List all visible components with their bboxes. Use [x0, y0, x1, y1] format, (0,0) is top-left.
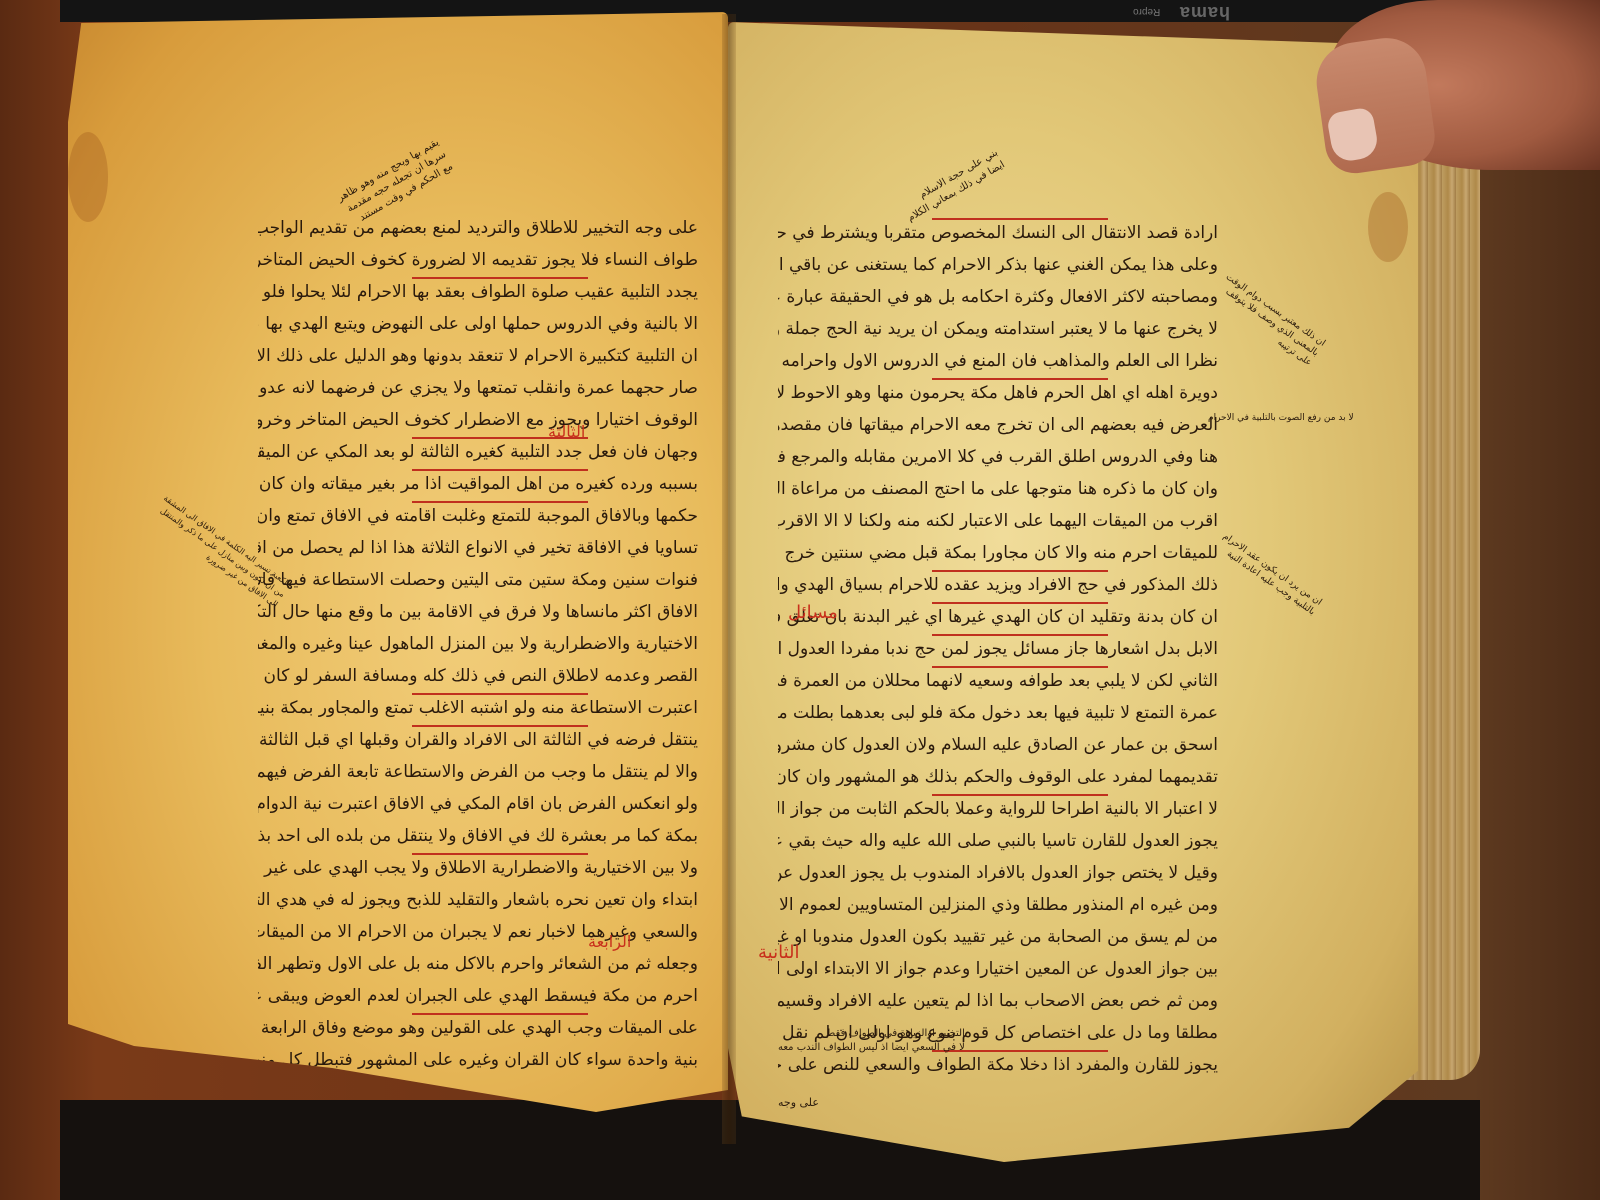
margin-gloss-middle: لا بد من رفع الصوت بالتلبية في الاحرام [1208, 412, 1354, 424]
text-line: ينتقل فرضه في الثالثة الى الافراد والقرا… [258, 724, 698, 756]
text-line: القصر وعدمه لاطلاق النص في ذلك كله ومساف… [258, 660, 698, 692]
text-line: ارادة قصد الانتقال الى النسك المخصوص متق… [778, 217, 1218, 249]
left-text-block: على وجه التخيير للاطلاق والترديد لمنع بع… [258, 212, 698, 1076]
text-line: طواف النساء فلا يجوز تقديمه الا لضرورة ك… [258, 244, 698, 276]
text-line: الوقوف اختيارا ويجوز مع الاضطرار كخوف ال… [258, 404, 698, 436]
margin-gloss-lower: ان من يرد ان يكون عقد الاحرام بالتلبية و… [1212, 530, 1324, 618]
text-line: حكمها وبالافاق الموجبة للتمتع وغلبت اقام… [258, 500, 698, 532]
text-line: الاختيارية والاضطرارية ولا بين المنزل ال… [258, 628, 698, 660]
text-line: اسحق بن عمار عن الصادق عليه السلام ولان … [778, 729, 1218, 761]
rubric-heading: الرابعة [588, 932, 631, 951]
text-line: على وجه التخيير للاطلاق والترديد لمنع بع… [258, 212, 698, 244]
text-line: اعتبرت الاستطاعة منه ولو اشتبه الاغلب تم… [258, 692, 698, 724]
text-line: وجهان فان فعل جدد التلبية كغيره الثالثة … [258, 436, 698, 468]
paper-stain [68, 132, 108, 222]
margin-gloss-upper: ان ذلك معتبر بسبب دوام الوقت بالمعنى الذ… [1209, 271, 1328, 369]
text-line: من لم يسق من الصحابة من غير تقييد بكون ا… [778, 921, 1218, 953]
top-gloss: بني على حجة الاسلام ايضا في ذلك بمعاني ا… [898, 146, 1007, 225]
text-line: صار حجهما عمرة وانقلب تمتعها ولا يجزي عن… [258, 372, 698, 404]
rubric-heading: الثالثة [548, 422, 585, 441]
text-line: ذلك المذكور في حج الافراد ويزيد عقده للا… [778, 569, 1218, 601]
text-line: على الميقات وجب الهدي على القولين وهو مو… [258, 1012, 698, 1044]
text-line: احرم من مكة فيسقط الهدي على الجبران لعدم… [258, 980, 698, 1012]
text-line: بسببه ورده كغيره من اهل المواقيت اذا مر … [258, 468, 698, 500]
text-line: وان كان ما ذكره هنا متوجها على ما احتج ا… [778, 473, 1218, 505]
text-line: والسعي وغيرهما لاخبار نعم لا يجبران من ا… [258, 916, 698, 948]
text-line: الا بالنية وفي الدروس حملها اولى على الن… [258, 308, 698, 340]
text-line: والا لم ينتقل ما وجب من الفرض والاستطاعة… [258, 756, 698, 788]
text-line: هنا وفي الدروس اطلق القرب في كلا الامرين… [778, 441, 1218, 473]
text-line: للميقات احرم منه والا كان مجاورا بمكة قب… [778, 537, 1218, 569]
text-line: يجدد التلبية عقيب صلوة الطواف بعقد بها ا… [258, 276, 698, 308]
text-line: ولا بين الاختيارية والاضطرارية الاطلاق و… [258, 852, 698, 884]
bottom-gloss: التخيير اوالزيادة في الطواف فقط لا في ال… [778, 1027, 965, 1055]
text-line: ومصاحبته لاكثر الافعال وكثرة احكامه بل ه… [778, 281, 1218, 313]
text-line: ان التلبية كتكبيرة الاحرام لا تنعقد بدون… [258, 340, 698, 372]
text-line: تقديمهما لمفرد على الوقوف والحكم بذلك هو… [778, 761, 1218, 793]
text-line: لا يخرج عنها ما لا يعتبر استدامته ويمكن … [778, 313, 1218, 345]
text-line: ان كان بدنة وتقليد ان كان الهدي غيرها اي… [778, 601, 1218, 633]
right-text-block: ارادة قصد الانتقال الى النسك المخصوص متق… [778, 217, 1218, 1081]
text-line: نظرا الى العلم والمذاهب فان المنع في الد… [778, 345, 1218, 377]
book-gutter [722, 14, 736, 1144]
rubric-heading: مسائل [788, 602, 838, 623]
text-line: الثاني لكن لا يلبي بعد طوافه وسعيه لانهم… [778, 665, 1218, 697]
text-line: العرض فيه بعضهم الى ان تخرج معه الاحرام … [778, 409, 1218, 441]
text-line: وجعله ثم من الشعائر واحرم بالاكل منه بل … [258, 948, 698, 980]
brand-label: hama [1179, 2, 1230, 23]
text-line: تساويا في الافاقة تخير في الانواع الثلاث… [258, 532, 698, 564]
catchword: على وجه [778, 1097, 819, 1109]
text-line: ومن غيره ام المنذور مطلقا وذي المنزلين ا… [778, 889, 1218, 921]
paper-stain [1368, 192, 1408, 262]
text-line: بمكة كما مر بعشرة لك في الافاق ولا ينتقل… [258, 820, 698, 852]
text-line: لا اعتبار الا بالنية اطراحا للرواية وعمل… [778, 793, 1218, 825]
text-line: الافاق اكثر مانساها ولا فرق في الاقامة ب… [258, 596, 698, 628]
text-line: ابتداء وان تعين نحره باشعار والتقليد للذ… [258, 884, 698, 916]
text-line: وقيل لا يختص جواز العدول بالافراد المندو… [778, 857, 1218, 889]
text-line: دويرة اهله اي اهل الحرم فاهل مكة يحرمون … [778, 377, 1218, 409]
thumb [1311, 33, 1438, 177]
text-line: بين جواز العدول عن المعين اختيارا وعدم ج… [778, 953, 1218, 985]
text-line: ومن ثم خص بعض الاصحاب بما اذا لم يتعين ع… [778, 985, 1218, 1017]
left-page: يقيم بها ويحج منه وهو ظاهر سرها ان تجعله… [68, 12, 728, 1112]
text-line: فنوات سنين ومكة ستين متى اليتين وحصلت ال… [258, 564, 698, 596]
copy-stand-bar: Repro hama [60, 0, 1460, 22]
rubric-heading: الثانية [758, 942, 800, 963]
text-line: الابل بدل اشعارها جاز مسائل يجوز لمن حج … [778, 633, 1218, 665]
repro-label: Repro [1133, 6, 1160, 17]
text-line: ولو انعكس الفرض بان اقام المكي في الافاق… [258, 788, 698, 820]
text-line: بنية واحدة سواء كان القران وغيره على الم… [258, 1044, 698, 1076]
text-line: يجوز العدول للقارن تاسيا بالنبي صلى الله… [778, 825, 1218, 857]
text-line: اقرب من الميقات اليهما على الاعتبار لكنه… [778, 505, 1218, 537]
right-page: بني على حجة الاسلام ايضا في ذلك بمعاني ا… [728, 22, 1418, 1162]
text-line: وعلى هذا يمكن الغني عنها بذكر الاحرام كم… [778, 249, 1218, 281]
text-line: عمرة التمتع لا تلبية فيها بعد دخول مكة ف… [778, 697, 1218, 729]
